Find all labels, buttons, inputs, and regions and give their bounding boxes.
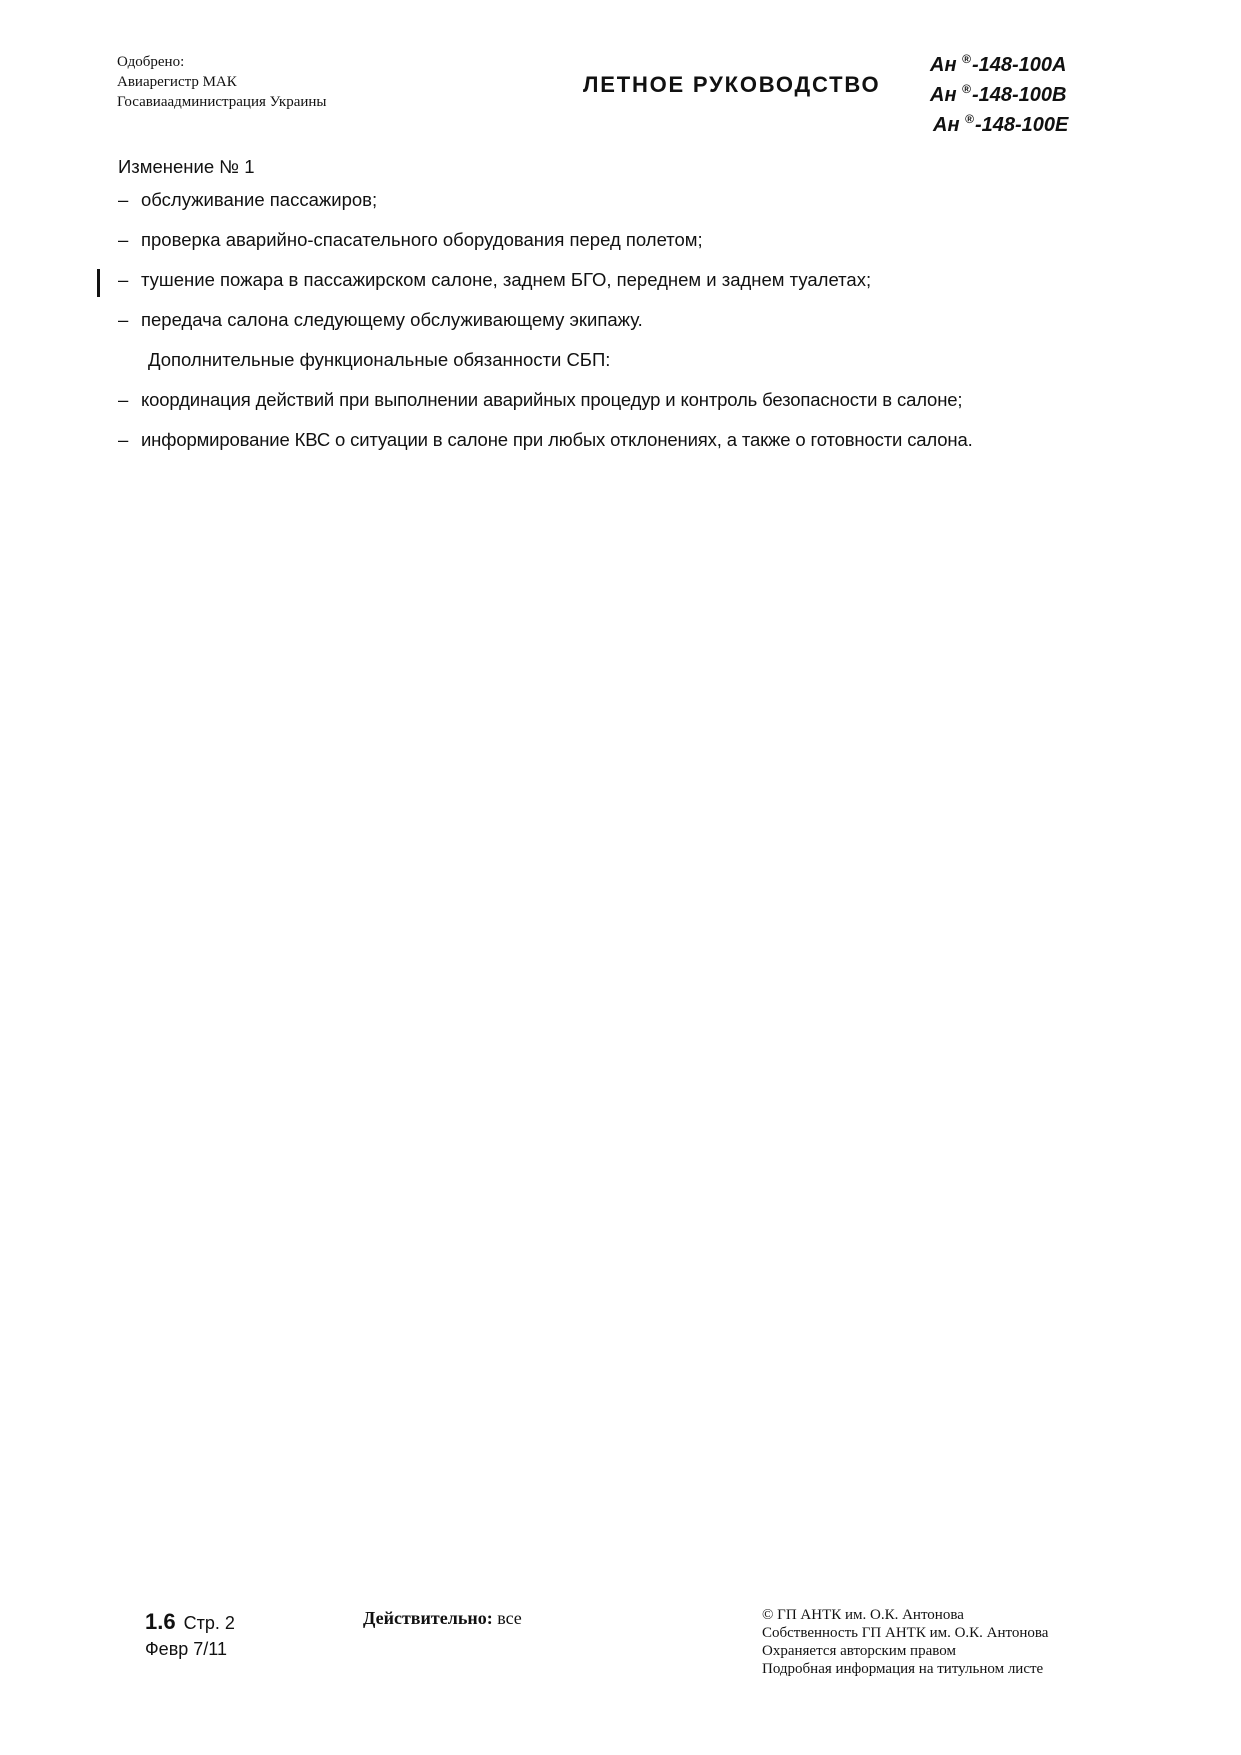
list-item-text: информирование КВС о ситуации в салоне п… (141, 420, 973, 460)
model-suffix: -148-100A (972, 54, 1067, 76)
revision-bar (97, 269, 100, 297)
approval-line: Госавиаадминистрация Украины (117, 92, 327, 112)
copyright-line: Собственность ГП АНТК им. О.К. Антонова (762, 1624, 1048, 1642)
model-suffix: -148-100B (972, 84, 1067, 106)
model-prefix: Ан (930, 84, 957, 106)
list-item-text: координация действий при выполнении авар… (141, 380, 962, 420)
approval-block: Одобрено: Авиарегистр МАК Госавиаадминис… (117, 52, 327, 112)
duties-list: – обслуживание пассажиров; – проверка ав… (118, 180, 1118, 340)
list-item: – информирование КВС о ситуации в салоне… (118, 420, 1118, 460)
list-item: – проверка аварийно-спасательного оборуд… (118, 220, 1118, 260)
bullet-dash: – (118, 300, 128, 340)
list-item-text: обслуживание пассажиров; (141, 180, 377, 220)
copyright-line: Подробная информация на титульном листе (762, 1660, 1048, 1678)
bullet-dash: – (118, 180, 128, 220)
additional-duties-heading: Дополнительные функциональные обязанност… (118, 340, 1118, 380)
registered-mark: ® (965, 112, 974, 126)
change-label: Изменение № 1 (118, 153, 1118, 180)
validity: Действительно: все (363, 1608, 522, 1629)
validity-value: все (497, 1608, 522, 1628)
approval-line: Авиарегистр МАК (117, 72, 327, 92)
validity-label: Действительно: (363, 1608, 493, 1628)
model-suffix: -148-100E (975, 114, 1068, 136)
copyright-block: © ГП АНТК им. О.К. Антонова Собственност… (762, 1606, 1048, 1678)
copyright-line: © ГП АНТК им. О.К. Антонова (762, 1606, 1048, 1624)
manual-title: ЛЕТНОЕ РУКОВОДСТВО (583, 72, 880, 98)
aircraft-model: Ан ®-148-100A (930, 47, 1068, 77)
bullet-dash: – (118, 380, 128, 420)
aircraft-model: Ан ®-148-100E (930, 107, 1068, 137)
aircraft-models: Ан ®-148-100A Ан ®-148-100B Ан ®-148-100… (930, 47, 1068, 137)
revision-date: Февр 7/11 (145, 1636, 235, 1662)
page-number: Стр. 2 (184, 1613, 235, 1633)
model-prefix: Ан (930, 54, 957, 76)
list-item-text: проверка аварийно-спасательного оборудов… (141, 220, 703, 260)
list-item: – тушение пожара в пассажирском салоне, … (118, 260, 1118, 300)
list-item: – координация действий при выполнении ав… (118, 380, 1118, 420)
bullet-dash: – (118, 420, 128, 460)
bullet-dash: – (118, 220, 128, 260)
list-item-text: передача салона следующему обслуживающем… (141, 300, 643, 340)
document-body: Изменение № 1 – обслуживание пассажиров;… (118, 153, 1118, 460)
page-info: 1.6Стр. 2 Февр 7/11 (145, 1609, 235, 1662)
bullet-dash: – (118, 260, 128, 300)
additional-duties-list: – координация действий при выполнении ав… (118, 380, 1118, 460)
model-prefix: Ан (933, 114, 960, 136)
list-item: – передача салона следующему обслуживающ… (118, 300, 1118, 340)
copyright-line: Охраняется авторским правом (762, 1642, 1048, 1660)
list-item-text: тушение пожара в пассажирском салоне, за… (141, 260, 871, 300)
section-number: 1.6 (145, 1609, 176, 1634)
list-item: – обслуживание пассажиров; (118, 180, 1118, 220)
aircraft-model: Ан ®-148-100B (930, 77, 1068, 107)
approval-line: Одобрено: (117, 52, 327, 72)
registered-mark: ® (962, 82, 971, 96)
registered-mark: ® (962, 52, 971, 66)
